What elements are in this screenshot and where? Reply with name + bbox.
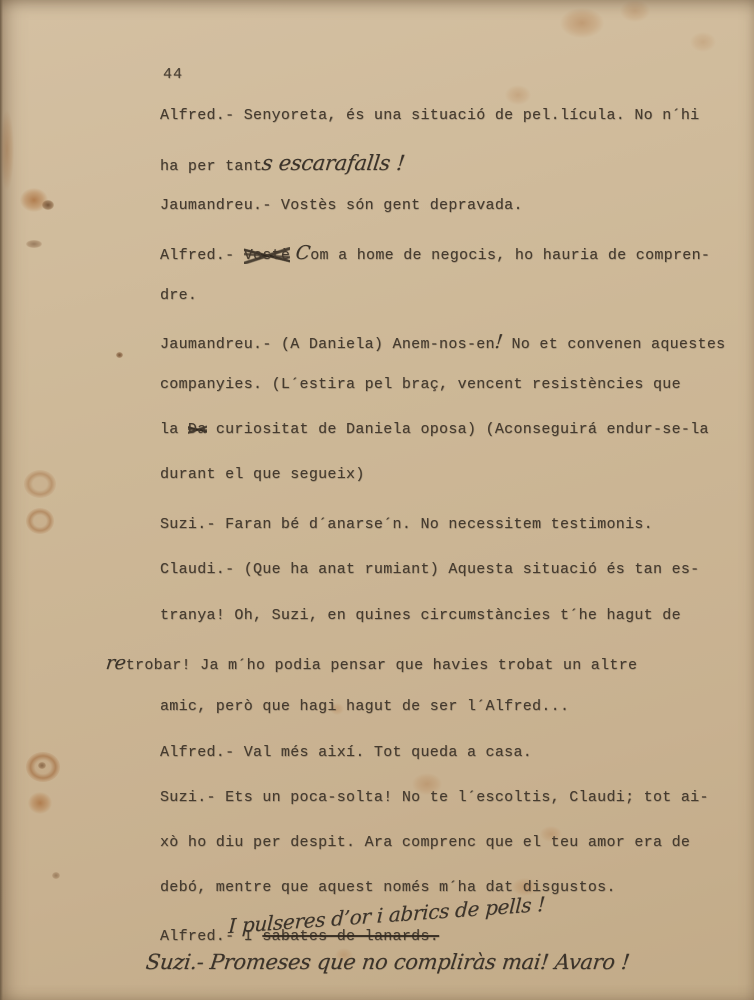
typed-text: Alfred.- [160,247,244,264]
typed-text: curiositat de Daniela oposa) (Aconseguir… [207,421,709,438]
handwritten-text: Suzi.- Promeses que no compliràs mai! Av… [145,950,631,974]
foxing-stain [26,752,60,782]
foxing-stain [26,240,42,248]
foxing-stain [42,200,54,210]
script-line: tranya! Oh, Suzi, en quines circumstànci… [160,607,681,624]
typed-text: debó, mentre que aquest només m´ha dat d… [160,879,616,896]
manuscript-page: 44 Alfred.- Senyoreta, és una situació d… [0,0,754,1000]
foxing-stain [116,352,123,358]
typed-text: durant el que segueix) [160,466,365,483]
script-line: Alfred.- Senyoreta, és una situació de p… [160,107,699,124]
script-line: Claudi.- (Que ha anat rumiant) Aquesta s… [160,561,699,578]
script-line: debó, mentre que aquest només m´ha dat d… [160,879,616,896]
script-line: Jaumandreu.- Vostès són gent depravada. [160,197,523,214]
foxing-stain [620,0,650,22]
script-line: Suzi.- Ets un poca-solta! No te l´escolt… [160,789,709,806]
foxing-stain [38,762,46,769]
handwritten-text: C [289,242,312,264]
handwritten-text: s escarafalls ! [261,151,407,175]
foxing-stain [24,470,56,498]
typed-text: tranya! Oh, Suzi, en quines circumstànci… [160,607,681,624]
typed-text: Jaumandreu.- (A Daniela) Anem-nos-en [160,336,495,353]
typed-text: la [160,421,188,438]
script-line: Alfred.- Val més així. Tot queda a casa. [160,744,532,761]
foxing-stain [20,188,48,212]
foxing-stain [52,872,60,879]
typed-text: trobar! Ja m´ho podia pensar que havies … [126,657,638,674]
typed-text: amic, però que hagi hagut de ser l´Alfre… [160,698,569,715]
handwritten-text: re [105,652,127,674]
typed-text: Alfred.- Senyoreta, és una situació de p… [160,107,699,124]
script-line: xò ho diu per despit. Ara comprenc que e… [160,834,690,851]
foxing-stain [0,110,14,190]
typed-text: xò ho diu per despit. Ara comprenc que e… [160,834,690,851]
crossed-out-text: Da [188,421,207,438]
foxing-stain [690,32,716,52]
script-line: Suzi.- Faran bé d´anarse´n. No necessite… [160,516,653,533]
typed-text: Jaumandreu.- Vostès són gent depravada. [160,197,523,214]
script-line: Alfred.- Vostè Com a home de negocis, ho… [160,242,710,264]
foxing-stain [560,8,604,38]
typed-text: No et convenen aquestes [502,336,725,353]
typed-text: Suzi.- Faran bé d´anarse´n. No necessite… [160,516,653,533]
crossed-out-text: Vostè [244,247,291,264]
typed-text: Claudi.- (Que ha anat rumiant) Aquesta s… [160,561,699,578]
foxing-stain [26,508,54,534]
script-line: retrobar! Ja m´ho podia pensar que havie… [106,652,637,674]
typed-text: Suzi.- Ets un poca-solta! No te l´escolt… [160,789,709,806]
foxing-stain [28,792,52,814]
typed-text: om a home de negocis, ho hauria de compr… [310,247,710,264]
typed-text: ha per tant [160,158,262,175]
page-left-edge [0,0,3,1000]
typed-text: Alfred.- Val més així. Tot queda a casa. [160,744,532,761]
script-line: amic, però que hagi hagut de ser l´Alfre… [160,698,569,715]
script-line: ha per tants escarafalls ! [160,151,405,175]
script-line: Suzi.- Promeses que no compliràs mai! Av… [146,950,629,974]
script-line: Jaumandreu.- (A Daniela) Anem-nos-en! No… [160,331,725,353]
script-line: dre. [160,287,197,304]
page-number: 44 [163,66,183,83]
typed-text: dre. [160,287,197,304]
script-line: durant el que segueix) [160,466,365,483]
script-line: companyies. (L´estira pel braç, vencent … [160,376,681,393]
script-line: la Da curiositat de Daniela oposa) (Acon… [160,421,709,438]
typed-text: companyies. (L´estira pel braç, vencent … [160,376,681,393]
foxing-stain [505,85,531,105]
